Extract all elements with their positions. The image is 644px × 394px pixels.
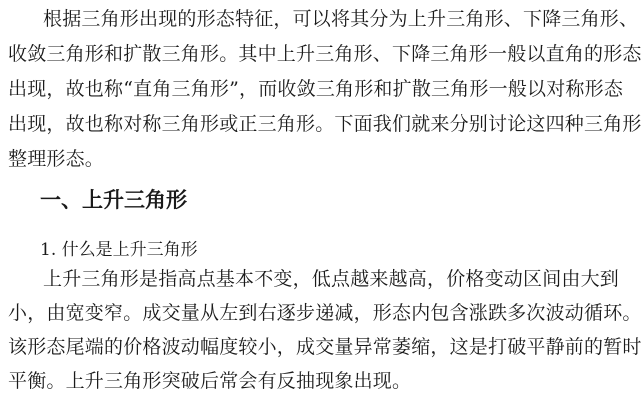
section-line-3: 该形态尾端的价格波动幅度较小，成交量异常萎缩，这是打破平静前的暂时: [8, 336, 642, 358]
section-subheading: 1. 什么是上升三角形: [40, 235, 198, 260]
intro-line-5: 整理形态。: [8, 148, 104, 170]
intro-line-3: 出现，故也称“直角三角形”，而收敛三角形和扩散三角形一般以对称形态: [8, 78, 623, 100]
section-heading: 一、上升三角形: [40, 184, 187, 214]
section-line-1: 上升三角形是指高点基本不变，低点越来越高，价格变动区间由大到: [43, 268, 619, 290]
section-line-4: 平衡。上升三角形突破后常会有反抽现象出现。: [8, 370, 411, 392]
intro-line-2: 收敛三角形和扩散三角形。其中上升三角形、下降三角形一般以直角的形态: [8, 43, 642, 65]
intro-line-1: 根据三角形出现的形态特征，可以将其分为上升三角形、下降三角形、: [43, 8, 638, 30]
intro-line-4: 出现，故也称对称三角形或正三角形。下面我们就来分别讨论这四种三角形: [8, 113, 642, 135]
section-line-2: 小，由宽变窄。成交量从左到右逐步递减，形态内包含涨跌多次波动循环。: [8, 302, 642, 324]
